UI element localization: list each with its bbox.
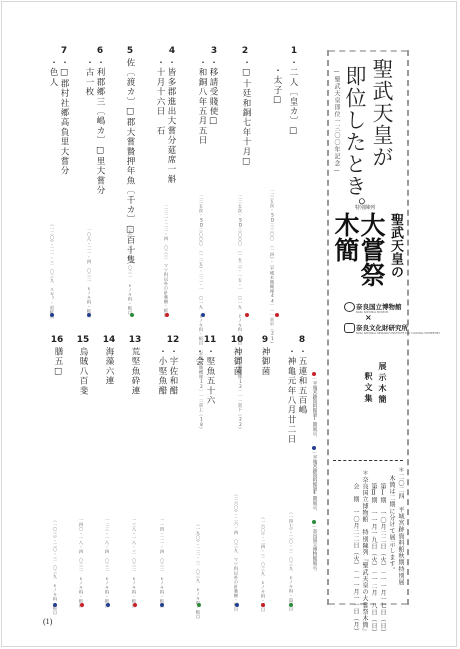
booklet-title-line-2: 釈文集 [363, 372, 375, 405]
exhibit-title-right: 聖武天皇の [388, 213, 402, 278]
entry-number: 1 [287, 46, 301, 56]
panel-top-border [329, 50, 407, 52]
entry-text-line: 海藻六連 [104, 347, 114, 386]
entry-text-line: ・神亀元年八月廿二日 [286, 347, 296, 444]
entry-number: 9 [258, 335, 272, 345]
entry-text-line: ・小堅魚醋 [157, 347, 167, 396]
exhibit-period-dot-icon [245, 313, 249, 317]
exhibit-title-mid: 大嘗祭 [358, 212, 384, 287]
exhibit-period-dot-icon [197, 603, 201, 607]
entry-number: 2 [238, 46, 252, 56]
entry-meta: 一二三・一八・四 〇三二 ヒノキ科・板目 [105, 518, 110, 608]
booklet-title-line-1: 展示木簡 [377, 362, 389, 406]
info-line-5: ＊奈良国立博物館 特別陳列『聖武天皇の大嘗祭木簡』 [360, 470, 369, 635]
legend-item-period-1: …平城宮跡資料館第Ⅰ期展示、 [312, 376, 317, 440]
entry-text-line: ・二人〔皇カ〕□ [288, 58, 298, 137]
panel-divider [333, 460, 403, 461]
entry-text-line: ・□郡村社郷高負里大嘗分 [59, 58, 69, 176]
entry-text-line: ・移請受賤使□ [208, 58, 218, 127]
entry-text-line: ・□十廷和銅七年十月□ [241, 58, 251, 168]
entry-text-line: ・皆多郡進出大嘗分莚席一斛 [166, 58, 176, 184]
title-subtitle: —聖武天皇即位一三〇〇年記念— [333, 68, 340, 175]
entry-text-line: ・五連和五百嶋 [297, 347, 307, 415]
entry-text-line: ・会 [194, 347, 204, 366]
entry-text-line: 神御菌 [232, 347, 242, 376]
entry-text-line: ・古一枚 [84, 58, 94, 97]
info-line-6: 会 期 一〇月二二日（火）－一一月一一日（月） [351, 483, 360, 635]
info-line-1: ＊二〇二四 平城宮跡資料館秋期特別展 [396, 467, 405, 586]
exhibit-period-dot-icon [160, 603, 164, 607]
entry-text-line: ・太子□ [272, 66, 282, 106]
collaboration-cross: × [365, 313, 372, 322]
info-line-2: 木簡は二期に分けて展示します。 [387, 475, 396, 574]
org-nabunken-en: NARA NATIONAL RESEARCH INSTITUTE FOR CUL… [356, 332, 440, 335]
legend-item-nara-museum: …奈良国立博物館展示。 [312, 524, 317, 574]
entry-meta: 二二二・二二・四 〇三三 マツ科以外の針葉樹・板目 [164, 205, 169, 317]
entry-number: 3 [207, 46, 221, 56]
entry-text-line: ・色人 [48, 58, 58, 87]
entry-meta: （一六〇）・二四・三 〇三九 ヒノキ科・板目 [261, 515, 266, 612]
exhibit-period-dot-icon [201, 313, 205, 317]
entry-number: 11 [203, 335, 217, 345]
exhibit-period-dot-icon [106, 603, 110, 607]
entry-number: 4 [165, 46, 179, 56]
exhibit-period-dot-icon [53, 603, 57, 607]
info-line-3: 第Ⅰ期 一〇月二二日（火）－一一月一七日（日） [378, 483, 387, 636]
info-line-4: 第Ⅱ期 一一月一九日（火）－一二月 八日（日） [369, 483, 378, 636]
exhibit-period-dot-icon [50, 313, 54, 317]
title-line-2: 即位したとき。 [343, 65, 366, 219]
entry-text-line: ・利郡郷三〔嶋カ〕□里大嘗分 [95, 58, 105, 195]
exhibit-title-left: 木簡 [332, 212, 358, 262]
org-nabunken: 奈良文化財研究所 [356, 323, 408, 332]
entry-number: 14 [102, 335, 116, 345]
exhibit-period-dot-icon [87, 313, 91, 317]
entry-number: 16 [50, 335, 64, 345]
special-exhibit-label: 特別陳列 [355, 204, 375, 211]
entry-number: 15 [76, 335, 90, 345]
nara-museum-logo-icon [344, 302, 355, 312]
entry-meta: （一四七）・二〇・三 〇三九 ヒノキ科・追柾目 [289, 510, 294, 611]
entry-meta: 二三五次・SD三三〇〇 （一四）・〔平城木簡概報44〕一一頁中（21） [270, 190, 275, 346]
exhibit-period-dot-icon [235, 603, 239, 607]
exhibit-period-dot-icon [289, 603, 293, 607]
entry-meta: （二六〇）・二六・四 〇三九 マツ科以外の針葉樹・板目 [234, 492, 239, 611]
org-nara-museum: 奈良国立博物館 [356, 302, 402, 311]
entry-number: 7 [57, 46, 71, 56]
org-nara-museum-en: NARA NATIONAL MUSEUM [356, 311, 388, 314]
legend-item-period-2: …平城宮跡資料館第Ⅱ期展示、 [312, 450, 317, 514]
entry-number: 8 [295, 335, 309, 345]
entry-meta: 二五〇・二〇・四 〇三一 ヒノキ科・板目 [128, 225, 133, 315]
entry-number: 6 [93, 46, 107, 56]
entry-meta: 一四〇・一八・四 〇三二 ヒノキ科・板目 [79, 518, 84, 608]
color-legend: …平城宮跡資料館第Ⅰ期展示、…平城宮跡資料館第Ⅱ期展示、…奈良国立博物館展示。 [312, 372, 317, 574]
entry-text-line: 膳五□ [53, 347, 63, 378]
exhibit-period-dot-icon [130, 313, 134, 317]
nabunken-logo-icon [344, 323, 355, 333]
entry-meta: 一〇八・二一・四 〇三二 ヒノキ科・板目 [87, 228, 92, 318]
entry-meta: （一〇三）・二〇・三 〇三九 ヒノキ科・板目 [53, 518, 58, 615]
entry-number: 12 [166, 335, 180, 345]
exhibit-period-dot-icon [133, 603, 137, 607]
title-line-1: 聖武天皇が [370, 58, 393, 168]
exhibit-period-dot-icon [80, 603, 84, 607]
entry-number: 10 [230, 335, 244, 345]
entry-text-line: ・堅魚五十六 [205, 347, 215, 405]
entry-meta: （一二〇）・二一・三 〇三九 スギ？・追柾目 [50, 222, 55, 319]
entry-text-line: 荒堅魚砕連 [130, 347, 140, 396]
entry-meta: 一三八・一八・三 〇三二 ヒノキ科・板目 [132, 518, 137, 608]
exhibit-period-dot-icon [165, 313, 169, 317]
entry-number: 5 [123, 46, 137, 56]
entry-text-line: ・宇佐和醋 [168, 347, 178, 396]
entry-text-line: 烏賊八百斐 [78, 347, 88, 396]
exhibit-period-dot-icon [261, 603, 265, 607]
entry-meta: 一一四・二一・四 〇三二 ヒノキ科・板目 [160, 518, 165, 608]
entry-meta: 二二五次・SD三〇〇〇 （一五二）・一五・一 〇一九 ヒノキ科・板目 〔平城木簡… [238, 195, 243, 432]
entry-number: 13 [128, 335, 142, 345]
page-number: (1) [43, 617, 52, 626]
exhibit-period-dot-icon [275, 313, 279, 317]
entry-text-line: ・和銅八年五月五日 [197, 58, 207, 145]
entry-text-line: ・十月十六日 石 [155, 58, 165, 136]
entry-text-line: 神御菌 [260, 347, 270, 376]
